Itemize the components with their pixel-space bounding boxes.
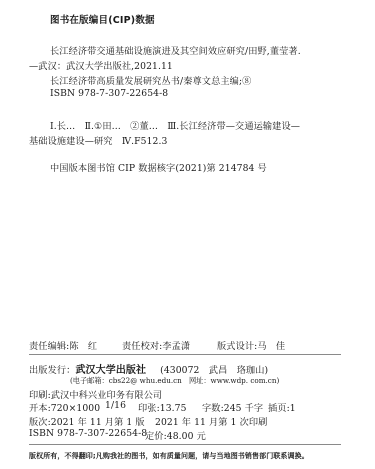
designer-name: 马 佳 <box>257 341 285 352</box>
cip-title-line-1: 长江经济带交通基础设施演进及其空间效应研究/田野,董莹著. <box>50 43 301 57</box>
spec-word-count: 字数:245 千字 <box>202 400 263 414</box>
cip-classification-line-2: 基础设施建设—研究 Ⅳ.F512.3 <box>29 133 167 147</box>
credit-editor: 责任编辑:陈 红 <box>29 338 97 352</box>
spec-folio: 1/16 <box>105 400 126 411</box>
publisher-line: 出版发行：武汉大学出版社(430072 武昌 珞珈山) <box>29 361 268 376</box>
credit-proofreader: 责任校对:李孟潇 <box>122 338 190 352</box>
publisher-contact: (电子邮箱：cbs22@ whu.edu.cn 网址：www.wdp. com.… <box>70 376 279 386</box>
cip-record-number: 中国版本图书馆 CIP 数据核字(2021)第 214784 号 <box>50 160 267 174</box>
designer-label: 版式设计: <box>217 341 257 352</box>
spec-format: 开本:720×1000 <box>29 400 100 414</box>
publisher-label: 出版发行： <box>29 365 75 376</box>
printer-line: 印刷:武汉中科兴业印务有限公司 <box>29 387 162 401</box>
cip-title-line-2: —武汉：武汉大学出版社,2021.11 <box>29 58 173 72</box>
spec-inserts: 插页:1 <box>268 400 296 414</box>
divider-bottom <box>29 444 341 445</box>
cip-heading: 图书在版编目(CIP)数据 <box>50 12 155 26</box>
publisher-name: 武汉大学出版社 <box>75 365 146 376</box>
spec-edition: 版次:2021 年 11 月第 1 版 <box>29 414 145 428</box>
copyright-notice: 版权所有，不得翻印;凡购我社的图书，如有质量问题，请与当地图书销售部门联系调换。 <box>29 451 309 461</box>
cip-series-line: 长江经济带高质量发展研究丛书/秦尊文总主编;⑧ <box>50 73 251 87</box>
editor-label: 责任编辑: <box>29 341 69 352</box>
divider-top <box>29 354 341 355</box>
publisher-address: (430072 武昌 珞珈山) <box>160 365 268 376</box>
credit-designer: 版式设计:马 佳 <box>217 338 285 352</box>
spec-sheets: 印张:13.75 <box>138 400 187 414</box>
proofreader-label: 责任校对: <box>122 341 162 352</box>
proofreader-name: 李孟潇 <box>162 341 190 352</box>
editor-name: 陈 红 <box>69 341 97 352</box>
spec-price: 定价:48.00 元 <box>145 428 206 442</box>
cip-isbn-line: ISBN 978-7-307-22654-8 <box>50 88 168 99</box>
cip-classification-line-1: Ⅰ.长… Ⅱ.①田… ②董… Ⅲ.长江经济带—交通运输建设— <box>50 118 300 132</box>
spec-isbn: ISBN 978-7-307-22654-8 <box>29 428 147 439</box>
spec-printing: 2021 年 11 月第 1 次印刷 <box>155 414 267 428</box>
